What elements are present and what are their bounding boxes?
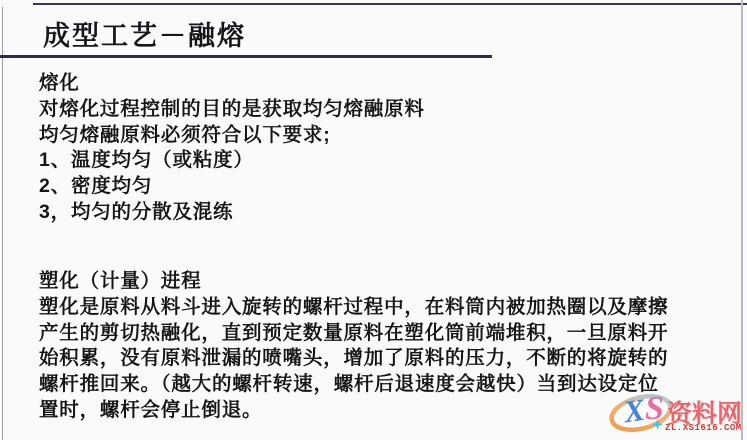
plasticizing-line: 置时，螺杆会停止倒退。 [39,398,668,424]
top-border-line [33,3,747,5]
plasticizing-heading: 塑化（计量）进程 [39,269,668,295]
watermark-logo: X S 资料网 ZL.XS1616.COM [600,386,747,440]
melting-list-item: 1、温度均匀（或粘度） [39,148,425,174]
slide-title: 成型工艺－融熔 [43,14,246,53]
plasticizing-line: 始积累，没有原料泄漏的喷嘴头，增加了原料的压力，不断的将旋转的 [39,346,668,372]
right-border-line [741,0,743,440]
presentation-slide: 成型工艺－融熔 熔化 对熔化过程控制的目的是获取均匀熔融原料 均匀熔融原料必须符… [0,0,747,440]
logo-letter-x: X [622,392,647,431]
watermark-site-url: ZL.XS1616.COM [665,423,742,433]
melting-list-item: 2、密度均匀 [39,174,425,200]
left-border-line [2,7,3,440]
melting-line: 对熔化过程控制的目的是获取均匀熔融原料 [39,97,425,123]
plasticizing-line: 产生的剪切热融化，直到预定数量原料在塑化筒前端堆积，一旦原料开 [39,321,668,347]
melting-list-item: 3，均匀的分散及混练 [39,200,425,226]
title-underline [0,55,492,58]
plasticizing-section: 塑化（计量）进程 塑化是原料从料斗进入旋转的螺杆过程中，在料筒内被加热圈以及摩擦… [39,269,668,424]
plasticizing-line: 塑化是原料从料斗进入旋转的螺杆过程中，在料筒内被加热圈以及摩擦 [39,295,668,321]
melting-heading: 熔化 [39,71,425,97]
melting-section: 熔化 对熔化过程控制的目的是获取均匀熔融原料 均匀熔融原料必须符合以下要求; 1… [39,71,425,226]
melting-line: 均匀熔融原料必须符合以下要求; [39,123,425,149]
plasticizing-line: 螺杆推回来。（越大的螺杆转速，螺杆后退速度会越快）当到达设定位 [39,372,668,398]
